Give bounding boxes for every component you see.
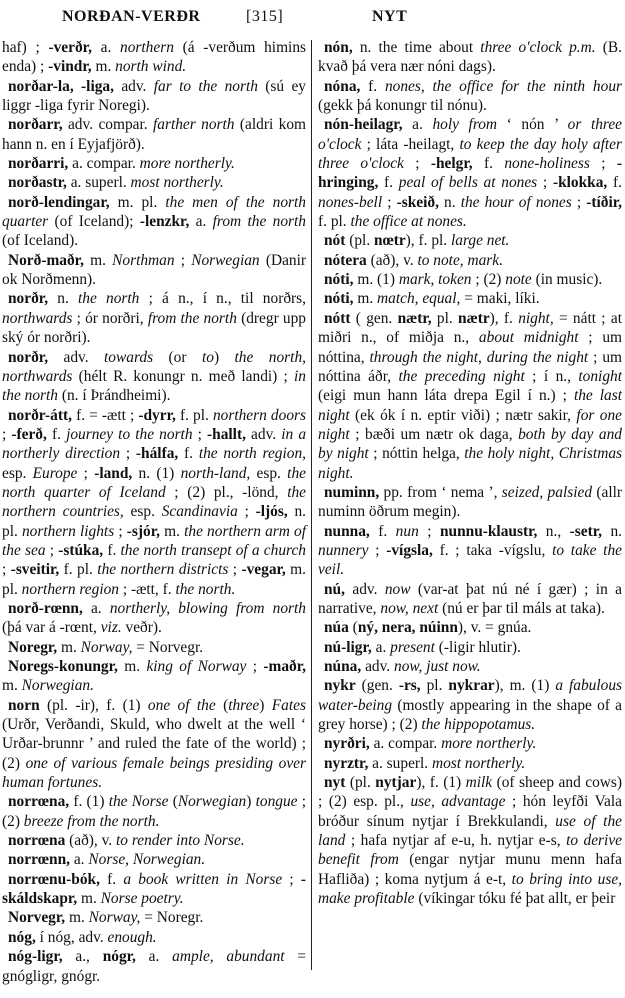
entry-text: ( [216, 697, 229, 714]
entry-text: ; [382, 194, 396, 211]
definition-text: Fates [272, 697, 306, 714]
headword: -vígsla, [386, 542, 433, 559]
definition-text: one of the [148, 697, 216, 714]
dictionary-entry: nón, n. the time about three o'clock p.m… [318, 38, 622, 77]
entry-text: (pl. [345, 232, 374, 249]
headword: Noregr, [8, 639, 57, 656]
headword: nú-ligr, [324, 639, 372, 656]
dictionary-entry: norð-lendingar, m. pl. the men of the no… [2, 193, 306, 251]
entry-text: f. [178, 445, 199, 462]
entry-text: ; láta -heilagt, [361, 136, 459, 153]
dictionary-entry: norð-rœnn, a. northerly, blowing from no… [2, 599, 306, 638]
entry-text: (hélt R. konungr n. með landi) ; [72, 368, 294, 385]
entry-text: ; [246, 658, 263, 675]
entry-text: ; [537, 174, 553, 191]
entry-text: f. [473, 155, 505, 172]
entry-text: esp. [2, 465, 33, 482]
entry-text: ; (2) [471, 271, 505, 288]
entry-text: (gen. [356, 677, 399, 694]
entry-text: ) [246, 793, 255, 810]
right-column: nón, n. the time about three o'clock p.m… [318, 38, 622, 908]
definition-text: most northerly. [131, 174, 224, 191]
entry-text: ) [259, 697, 272, 714]
entry-text: n. [602, 523, 622, 540]
definition-text: one of various female beings presiding o… [2, 755, 306, 791]
headword: nykr [324, 677, 356, 694]
dictionary-entry: nyrztr, a. superl. most northerly. [318, 754, 622, 773]
dictionary-entry: nykr (gen. -rs, pl. nykrar), m. (1) a fa… [318, 676, 622, 734]
dictionary-entry: nóg, í nóg, adv. enough. [2, 928, 306, 947]
definition-text: use, advantage [410, 793, 505, 810]
running-head-last-word: NYT [372, 8, 407, 26]
definition-text: Norway, [89, 909, 141, 926]
entry-text: a. [92, 39, 120, 56]
headword: -hálfa, [136, 445, 178, 462]
headword: nóna, [324, 78, 360, 95]
definition-text: night, [518, 310, 554, 327]
dictionary-entry: norðr-átt, f. = -ætt ; -dyrr, f. pl. nor… [2, 406, 306, 599]
definition-text: Europe [33, 465, 78, 482]
dictionary-entry: Norvegr, m. Norway, = Noregr. [2, 908, 306, 927]
entry-text: ; [2, 426, 11, 443]
entry-text: f. [100, 871, 123, 888]
definition-text: viz. [101, 619, 122, 636]
headword: norðastr, [8, 174, 67, 191]
entry-text: ; í n., [525, 368, 579, 385]
entry-text: adv. [361, 658, 394, 675]
definition-text: the hippopotamus. [421, 716, 535, 733]
definition-text: the north transept of a church [121, 542, 306, 559]
headword: nótera [324, 252, 367, 269]
entry-text: ), v. = gnúa. [458, 619, 532, 636]
headword: -ferð, [11, 426, 46, 443]
headword: -sveitir, [11, 561, 60, 578]
entry-text: ; [228, 561, 241, 578]
entry-text: n. (1) [132, 465, 180, 482]
headword: -skeið, [397, 194, 439, 211]
headword: nætr [458, 310, 490, 327]
running-head: NORÐAN-VERÐR [315] NYT [0, 6, 625, 30]
headword: nótt [324, 310, 351, 327]
entry-text: n., [537, 523, 569, 540]
dictionary-entry: norðr, adv. towards (or to) the north, n… [2, 348, 306, 406]
entry-text: f. [370, 523, 396, 540]
definition-text: nunnery [318, 542, 368, 559]
entry-text: n. the time about [353, 39, 481, 56]
headword: -verðr, [48, 39, 91, 56]
entry-text: f. (1) [69, 793, 109, 810]
entry-text: (pl. -ir), f. (1) [40, 697, 148, 714]
entry-text: ; (2) pl., -lönd, [166, 484, 288, 501]
headword: norn [8, 697, 40, 714]
headword: núa [324, 619, 349, 636]
definition-text: now [385, 581, 411, 598]
headword: Norð-maðr, [8, 252, 84, 269]
definition-text: now, just now. [394, 658, 481, 675]
entry-text: (gekk þá konungr til nónu). [318, 97, 487, 114]
entry-text: m. (1) [354, 271, 399, 288]
entry-text: a. [403, 116, 433, 133]
headword: -vindr, [48, 58, 91, 75]
entry-text: n. [439, 194, 461, 211]
headword: nóg-ligr, [8, 948, 63, 965]
entry-text: m. [160, 523, 184, 540]
dictionary-entry: norðarri, a. compar. more northerly. [2, 154, 306, 173]
entry-text: a. superl. [368, 755, 432, 772]
dictionary-entry: nón-heilagr, a. holy from ‘ nón ’ or thr… [318, 115, 622, 231]
definition-text: holy from [432, 116, 497, 133]
entry-text: f. = -ætt ; [72, 407, 138, 424]
definition-text: journey to the north [66, 426, 192, 443]
entry-text: adv. [114, 78, 154, 95]
headword: -setr, [570, 523, 602, 540]
entry-text: ), f. [490, 310, 519, 327]
entry-text: a. [189, 213, 212, 230]
entry-text: esp. [124, 503, 162, 520]
entry-text: ; [193, 426, 208, 443]
dictionary-entry: norn (pl. -ir), f. (1) one of the (three… [2, 696, 306, 793]
headword: nyrðri, [324, 735, 370, 752]
definition-text: about midnight [479, 329, 579, 346]
entry-text: f. [378, 174, 398, 191]
definition-text: Norwegian. [22, 677, 94, 694]
entry-text: ; [77, 465, 94, 482]
headword: nóg, [8, 929, 36, 946]
headword: -klokka, [553, 174, 607, 191]
dictionary-entry: nú-ligr, a. present (-ligir hlutir). [318, 638, 622, 657]
entry-text: ; -ætt, f. [119, 581, 175, 598]
definition-text: northern region [22, 581, 119, 598]
entry-text: f. [103, 542, 120, 559]
entry-text: ; nóttin helga, [369, 445, 465, 462]
entry-text: ; bæði um nætr ok daga, [350, 426, 518, 443]
entry-text: esp. [250, 465, 287, 482]
entry-text: (að), v. [367, 252, 418, 269]
entry-text: m. [65, 909, 89, 926]
headword: norrœna [8, 832, 65, 849]
definition-text: seized, palsied [502, 484, 592, 501]
entry-text: a. [83, 600, 110, 617]
entry-text: = Norvegr. [132, 639, 203, 656]
definition-text: most northerly. [432, 755, 525, 772]
dictionary-page: NORÐAN-VERÐR [315] NYT haf) ; -verðr, a.… [0, 0, 625, 998]
dictionary-entry: Noregr, m. Norway, = Norvegr. [2, 638, 306, 657]
headword: norðr, [8, 290, 48, 307]
headword: núna, [324, 658, 361, 675]
entry-text: (nú er þar til máls at taka). [438, 600, 605, 617]
headword: numinn, [324, 484, 379, 501]
entry-text: f. [360, 78, 385, 95]
definition-text: three [228, 697, 259, 714]
entry-text: ; [404, 155, 431, 172]
entry-text: f. pl. [176, 407, 213, 424]
definition-text: northern doors [213, 407, 306, 424]
entry-text: m. pl. [110, 194, 166, 211]
definition-text: three o'clock p.m. [480, 39, 595, 56]
dictionary-entry: nunna, f. nun ; nunnu-klaustr, n., -setr… [318, 522, 622, 580]
definition-text: Northman [112, 252, 174, 269]
column-divider [311, 40, 312, 970]
definition-text: northwards [2, 310, 72, 327]
definition-text: Norse, Norwegian. [88, 851, 205, 868]
headword: -sjór, [127, 523, 160, 540]
definition-text: large net. [451, 232, 509, 249]
dictionary-entry: norðr, n. the north ; á n., í n., til no… [2, 289, 306, 347]
dictionary-entry: norðastr, a. superl. most northerly. [2, 173, 306, 192]
definition-text: towards [104, 349, 153, 366]
entry-text: m. [2, 677, 22, 694]
definition-text: far to the north [154, 78, 258, 95]
definition-text: now, next [380, 600, 438, 617]
dictionary-entry: norrœna (að), v. to render into Norse. [2, 831, 306, 850]
running-head-first-word: NORÐAN-VERÐR [62, 8, 200, 26]
entry-text: f. pl. [59, 561, 97, 578]
entry-text: a., [63, 948, 103, 965]
headword: norð-rœnn, [8, 600, 83, 617]
entry-text: ; [2, 561, 11, 578]
headword: -tíðir, [586, 194, 622, 211]
entry-text: (of Iceland); [48, 213, 140, 230]
definition-text: to [202, 349, 214, 366]
entry-text: ( [349, 619, 358, 636]
headword: norð-lendingar, [8, 194, 110, 211]
definition-text: the Norse [109, 793, 169, 810]
entry-text: = Noregr. [140, 909, 203, 926]
headword: -lenzkr, [140, 213, 189, 230]
headword: nyrztr, [324, 755, 368, 772]
headword: nón-heilagr, [324, 116, 403, 133]
entry-text: m. [77, 890, 101, 907]
dictionary-entry: Noregs-konungr, m. king of Norway ; -mað… [2, 657, 306, 696]
dictionary-entry: norrœnu-bók, f. a book written in Norse … [2, 870, 306, 909]
headword: norðr-átt, [8, 407, 72, 424]
dictionary-entry: nóti, m. match, equal, = maki, líki. [318, 289, 622, 308]
headword: nú, [324, 581, 345, 598]
entry-text: a. [372, 639, 390, 656]
definition-text: present [390, 639, 435, 656]
definition-text: more northerly. [441, 735, 536, 752]
page-number: [315] [246, 8, 283, 26]
entry-text: ; ór norðri, [72, 310, 147, 327]
headword: nóti, [324, 271, 354, 288]
dictionary-entry: nóna, f. nones, the office for the ninth… [318, 77, 622, 116]
entry-text: = maki, líki. [460, 290, 539, 307]
headword: nætr, [398, 310, 432, 327]
definition-text: none-holiness [504, 155, 590, 172]
definition-text: nun [396, 523, 419, 540]
entry-text: (in music). [532, 271, 603, 288]
entry-text: (víkingar tóku fé þat allt, er þeir [414, 890, 615, 907]
definition-text: tongue [256, 793, 298, 810]
definition-text: milk [466, 774, 493, 791]
dictionary-entry: núna, adv. now, just now. [318, 657, 622, 676]
entry-text: (að), v. [65, 832, 116, 849]
dictionary-entry: nótera (að), v. to note, mark. [318, 251, 622, 270]
headword: norrœna, [8, 793, 69, 810]
entry-text: ; [572, 194, 586, 211]
entry-text: ( [169, 793, 178, 810]
headword: nón, [324, 39, 353, 56]
definition-text: enough. [107, 929, 156, 946]
dictionary-entry: norrœnn, a. Norse, Norwegian. [2, 850, 306, 869]
entry-text: ; hafa nytjar af e-u, h. nytjar e-s, [345, 832, 566, 849]
definition-text: the north region, [199, 445, 306, 462]
definition-text: peal of bells at nones [399, 174, 537, 191]
headword: -ljós, [256, 503, 288, 520]
headword: norrœnu-bók, [8, 871, 100, 888]
entry-text: ; [282, 871, 301, 888]
dictionary-entry: núa (ný, nera, núinn), v. = gnúa. [318, 618, 622, 637]
entry-text: m. [92, 58, 116, 75]
definition-text: more northerly. [140, 155, 235, 172]
entry-text: f. ; taka -vígslu, [433, 542, 552, 559]
definition-text: a book written in Norse [123, 871, 282, 888]
definition-text: to render into Norse. [116, 832, 245, 849]
entry-text: ), m. (1) [495, 677, 556, 694]
definition-text: through the night, during the night [370, 349, 589, 366]
entry-text: ( gen. [351, 310, 398, 327]
entry-text: ; [120, 445, 136, 462]
left-column: haf) ; -verðr, a. northern (á -verðum hi… [2, 38, 306, 986]
dictionary-entry: norðarr, adv. compar. farther north (ald… [2, 115, 306, 154]
dictionary-entry: norrœna, f. (1) the Norse (Norwegian) to… [2, 792, 306, 831]
definition-text: northern lights [22, 523, 114, 540]
entry-text: adv. [246, 426, 281, 443]
headword: nunnu-klaustr, [440, 523, 537, 540]
entry-text: a. [136, 948, 172, 965]
headword: Norvegr, [8, 909, 65, 926]
definition-text: the office at nones. [351, 213, 467, 230]
entry-text: (eigi mun hann láta drepa Egil í n.) ; [318, 387, 574, 404]
headword: -hallt, [207, 426, 246, 443]
headword: nykrar [448, 677, 494, 694]
dictionary-entry: nóg-ligr, a., nógr, a. ample, abundant =… [2, 947, 306, 986]
entry-text: veðr). [122, 619, 162, 636]
dictionary-entry: nú, adv. now (var-at þat nú né í gær) ; … [318, 580, 622, 619]
headword: -maðr, [263, 658, 306, 675]
definition-text: nones, the office for the ninth hour [385, 78, 622, 95]
entry-text: í nóg, adv. [36, 929, 108, 946]
definition-text: mark, token [399, 271, 472, 288]
definition-text: note [505, 271, 532, 288]
definition-text: to note, mark. [417, 252, 503, 269]
definition-text: breeze from the north. [24, 813, 160, 830]
entry-text: a. superl. [67, 174, 131, 191]
dictionary-entry: nyrðri, a. compar. more northerly. [318, 734, 622, 753]
definition-text: northerly, blowing from north [110, 600, 306, 617]
entry-text: m. [354, 290, 378, 307]
dictionary-entry: norðar-la, -liga, adv. far to the north … [2, 77, 306, 116]
headword: nóti, [324, 290, 354, 307]
definition-text: Norwegian [191, 252, 259, 269]
entry-text: ), f. pl. [406, 232, 451, 249]
definition-text: the north. [175, 581, 235, 598]
headword: nógr, [103, 948, 136, 965]
entry-text: ; [590, 155, 617, 172]
entry-text: (ek ók í n. eptir viði) ; nætr sakir, [350, 407, 577, 424]
entry-text: pp. from ‘ nema ’, [379, 484, 502, 501]
headword: -stúka, [58, 542, 103, 559]
definition-text: Norwegian [178, 793, 246, 810]
entry-text: f. [47, 426, 66, 443]
headword: -land, [94, 465, 132, 482]
entry-text: m. [84, 252, 112, 269]
entry-text: adv. [345, 581, 385, 598]
entry-text: (-ligir hlutir). [435, 639, 521, 656]
entry-text: a. compar. [370, 735, 441, 752]
entry-text: (or [153, 349, 202, 366]
headword: -vegar, [241, 561, 285, 578]
definition-text: the hour of nones [461, 194, 572, 211]
definition-text: nones-bell [318, 194, 382, 211]
definition-text: the northern districts [97, 561, 228, 578]
headword: ný, nera, núinn [358, 619, 458, 636]
definition-text: the north [78, 290, 139, 307]
headword: -helgr, [431, 155, 473, 172]
entry-text: n. [48, 290, 78, 307]
definition-text: northern [120, 39, 174, 56]
definition-text: farther north [153, 116, 235, 133]
headword: Noregs-konungr, [8, 658, 118, 675]
headword: nyt [324, 774, 345, 791]
headword: nœtr [374, 232, 406, 249]
headword: norrœnn, [8, 851, 70, 868]
entry-text: (of Iceland). [2, 232, 78, 249]
entry-text: f. pl. [318, 213, 351, 230]
entry-text: (n. í Þrándheimi). [58, 387, 170, 404]
headword: -dyrr, [138, 407, 175, 424]
headword: norðarr, [8, 116, 63, 133]
definition-text: north wind. [115, 58, 186, 75]
dictionary-entry: nóti, m. (1) mark, token ; (2) note (in … [318, 270, 622, 289]
definition-text: from the north [148, 310, 237, 327]
headword: nunna, [324, 523, 370, 540]
definition-text: north-land, [181, 465, 251, 482]
entry-text: ), f. (1) [416, 774, 465, 791]
dictionary-entry: nót (pl. nœtr), f. pl. large net. [318, 231, 622, 250]
entry-text: f. [607, 174, 622, 191]
headword: norðr, [8, 349, 48, 366]
definition-text: king of Norway [146, 658, 246, 675]
definition-text: Scandinavia [162, 503, 238, 520]
definition-text: Norse poetry. [101, 890, 184, 907]
headword: norðar-la, -liga, [8, 78, 114, 95]
dictionary-entry: Norð-maðr, m. Northman ; Norwegian (Dani… [2, 251, 306, 290]
entry-text: ; [238, 503, 256, 520]
entry-text: ) [214, 349, 235, 366]
entry-text: pl. [421, 677, 449, 694]
entry-text: pl. [432, 310, 458, 327]
entry-text: ; [368, 542, 386, 559]
dictionary-entry: numinn, pp. from ‘ nema ’, seized, palsi… [318, 483, 622, 522]
entry-text: ; á n., í n., til norðrs, [139, 290, 306, 307]
dictionary-entry: nótt ( gen. nætr, pl. nætr), f. night, =… [318, 309, 622, 483]
definition-text: Norway, [81, 639, 133, 656]
entry-text: adv. [48, 349, 104, 366]
entry-text: ; [175, 252, 192, 269]
definition-text: from the north [213, 213, 306, 230]
entry-text: a. [70, 851, 88, 868]
headword: nytjar [375, 774, 416, 791]
entry-text: ; [419, 523, 440, 540]
entry-text: adv. compar. [63, 116, 153, 133]
definition-text: tonight [578, 368, 622, 385]
entry-text: (þá var á -rœnt, [2, 619, 101, 636]
definition-text: the preceding night [398, 368, 524, 385]
definition-text: match, equal, [377, 290, 460, 307]
entry-text: m. [118, 658, 147, 675]
entry-text: m. [57, 639, 81, 656]
